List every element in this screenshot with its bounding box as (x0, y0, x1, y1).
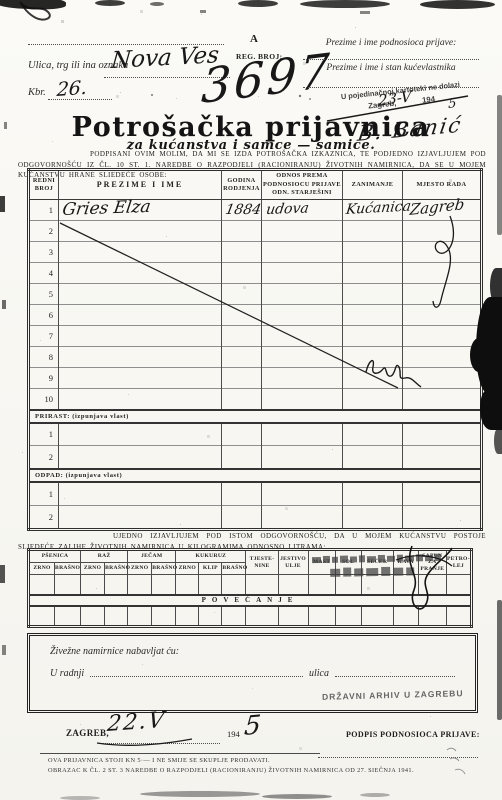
col-header-godina: GODINA RODJENJA (222, 170, 262, 200)
name-cell (59, 242, 222, 263)
table-row: 3 (29, 242, 482, 263)
household-members-table: REDNI BROJ PREZIME I IME GODINA RODJENJA… (27, 168, 483, 531)
year-cell (222, 221, 262, 242)
supply-cell (418, 606, 446, 627)
sub-brasno: BRAŠNO (222, 563, 246, 575)
sub-brasno: BRAŠNO (105, 563, 128, 575)
odpad-section-label: ODPAD: (izpunjava vlast) (29, 469, 482, 482)
sub-zrno: ZRNO (81, 563, 105, 575)
year-printed: 194 (227, 729, 240, 739)
occupation-cell (343, 305, 403, 326)
scan-artifact (360, 11, 370, 14)
relation-cell (262, 446, 343, 469)
year-cell (222, 368, 262, 389)
col-header-redni-broj: REDNI BROJ (29, 170, 59, 200)
footer-line2: OBRAZAC K ČL. 2 ST. 3 NAREDBE O RAZPODJE… (48, 767, 414, 774)
supply-cell (105, 606, 128, 627)
archive-stamp: DRŽAVNI ARHIV U ZAGREBU (322, 688, 464, 702)
table-row: 2 (29, 221, 482, 242)
sub-brasno: BRAŠNO (152, 563, 176, 575)
sub-zrno: ZRNO (176, 563, 199, 575)
supply-cell (361, 606, 393, 627)
col-header-mjesto-rada: MJESTO RADA (403, 170, 482, 200)
year-cell: 1884 (222, 200, 262, 221)
occupation-cell (343, 482, 403, 506)
supply-cell (105, 575, 128, 595)
workplace-cell (403, 284, 482, 305)
supply-cell (55, 606, 81, 627)
occupation-cell (343, 423, 403, 446)
col-jestivo-ulje: JESTIVO ULJE (278, 550, 308, 575)
year-cell (222, 347, 262, 368)
scan-artifact (60, 796, 100, 800)
group-kukuruz: KUKURUZ (176, 550, 246, 563)
supply-cell (335, 606, 361, 627)
group-psenica: PŠENICA (29, 550, 81, 563)
year-cell (222, 305, 262, 326)
table-row: 1 (29, 423, 482, 446)
relation-cell (262, 389, 343, 410)
scan-artifact (2, 300, 6, 309)
name-cell (59, 482, 222, 506)
table-row: 6 (29, 305, 482, 326)
scan-artifact (140, 791, 260, 797)
group-jecam: JEČAM (128, 550, 176, 563)
occupation-cell: Kućanica (343, 200, 403, 221)
house-number-handwritten: 26. (56, 77, 88, 101)
col-sol: SOL (335, 550, 361, 575)
table-row: 2 (29, 446, 482, 469)
stamp-year-print: 194 (422, 94, 436, 104)
workplace-cell (403, 263, 482, 284)
row-number: 2 (29, 446, 59, 469)
reg-number-handwritten: 3697 (200, 43, 334, 115)
supply-cell (308, 575, 335, 595)
supply-cell (81, 606, 105, 627)
scan-artifact (494, 428, 502, 454)
relation-cell: udova (262, 200, 343, 221)
occupation-cell (343, 242, 403, 263)
ink-dot (151, 94, 153, 96)
supply-cell (199, 606, 222, 627)
workplace-cell (403, 242, 482, 263)
table-row: 9 (29, 368, 482, 389)
row-number: 9 (29, 368, 59, 389)
date-line (100, 742, 220, 744)
name-cell (59, 347, 222, 368)
row-number: 4 (29, 263, 59, 284)
table-row: 1 Gries Elza 1884 udova Kućanica Zagreb (29, 200, 482, 221)
year-cell (222, 242, 262, 263)
name-cell (59, 305, 222, 326)
workplace-cell (403, 368, 482, 389)
col-tjestenine: TJESTE-NINE (246, 550, 278, 575)
name-cell: Gries Elza (59, 200, 222, 221)
supply-cell (176, 606, 199, 627)
relation-cell (262, 347, 343, 368)
city-label: ZAGREB, (66, 728, 109, 738)
year-cell (222, 284, 262, 305)
row-number: 7 (29, 326, 59, 347)
name-cell (59, 221, 222, 242)
col-secer: ŠEĆER (361, 550, 393, 575)
scan-artifact (360, 793, 390, 797)
supply-cell (393, 606, 418, 627)
occupation-cell (343, 263, 403, 284)
workplace-cell (403, 326, 482, 347)
group-raz: RAŽ (81, 550, 128, 563)
col-mast: MAST (308, 550, 335, 575)
occupation-cell (343, 506, 403, 530)
occupation-cell (343, 446, 403, 469)
relation-cell (262, 263, 343, 284)
scan-artifact (497, 95, 502, 235)
table-row: 8 (29, 347, 482, 368)
row-number: 10 (29, 389, 59, 410)
scan-artifact (0, 565, 5, 583)
purchase-intro: Živežne namirnice nabavljat ću: (50, 646, 179, 657)
scan-artifact (490, 268, 502, 304)
footer-rule (40, 752, 320, 754)
occupation-cell (343, 326, 403, 347)
relation-cell (262, 221, 343, 242)
supply-cell (29, 575, 55, 595)
shop-line (90, 675, 303, 677)
table-row: 7 (29, 326, 482, 347)
relation-cell (262, 242, 343, 263)
table-row: 1 (29, 482, 482, 506)
sub-zrno: ZRNO (29, 563, 55, 575)
workplace-cell (403, 506, 482, 530)
col-header-zanimanje: ZANIMANJE (343, 170, 403, 200)
supply-cell (361, 575, 393, 595)
row-number: 1 (29, 482, 59, 506)
supply-cell (128, 606, 152, 627)
supply-cell (278, 575, 308, 595)
street2-label: ulica (309, 668, 329, 679)
year-cell (222, 326, 262, 347)
signature-line (318, 756, 478, 758)
supply-cell (278, 606, 308, 627)
supply-cell (246, 575, 278, 595)
col-kava: KAVA (393, 550, 418, 575)
scan-artifact (95, 0, 125, 6)
row-number: 5 (29, 284, 59, 305)
scan-artifact (150, 2, 164, 6)
col-sapun: SAPUN ZA PRANJE (418, 550, 446, 575)
col-petrolej: PETRO-LEJ (446, 550, 471, 575)
relation-cell (262, 284, 343, 305)
sub-zrno: ZRNO (128, 563, 152, 575)
scan-artifact (262, 794, 332, 799)
name-cell (59, 446, 222, 469)
shop-label: U radnji (50, 668, 84, 679)
name-cell (59, 284, 222, 305)
row-number: 2 (29, 221, 59, 242)
scan-artifact (0, 196, 5, 212)
workplace-cell (403, 482, 482, 506)
supply-cell (152, 606, 176, 627)
name-cell (59, 506, 222, 530)
supply-cell (446, 606, 471, 627)
name-cell (59, 263, 222, 284)
supply-cell (446, 575, 471, 595)
relation-cell (262, 326, 343, 347)
row-number: 1 (29, 423, 59, 446)
stamp-date-handwritten: 23-V (378, 87, 412, 110)
occupation-cell (343, 347, 403, 368)
applicant-name-label: Prezime i ime podnosioca prijave: (303, 38, 479, 48)
scan-artifact (2, 645, 6, 655)
occupation-cell (343, 368, 403, 389)
supply-cell (418, 575, 446, 595)
year-cell (222, 506, 262, 530)
supply-cell (152, 575, 176, 595)
footer-line1: OVA PRIJAVNICA STOJI KN 5·— I NE SMIJE S… (48, 757, 270, 764)
supply-cell (335, 575, 361, 595)
signature-label: PODPIS PODNOSIOCA PRIJAVE: (346, 730, 480, 739)
date-handwritten: 22.V (106, 708, 167, 737)
scanned-form-page: A REG. BROJ: Ulica, trg ili ina oznaka N… (0, 0, 502, 800)
workplace-cell: Zagreb (403, 200, 482, 221)
name-cell (59, 326, 222, 347)
supply-cell (81, 575, 105, 595)
name-cell (59, 423, 222, 446)
supply-cell (199, 575, 222, 595)
pencil-marks (447, 748, 465, 774)
street2-line (335, 675, 455, 677)
row-number: 6 (29, 305, 59, 326)
relation-cell (262, 506, 343, 530)
name-cell (59, 368, 222, 389)
row-number: 2 (29, 506, 59, 530)
year-cell (222, 446, 262, 469)
supply-cell (222, 575, 246, 595)
relation-cell (262, 482, 343, 506)
table-row: 5 (29, 284, 482, 305)
scan-artifact (4, 122, 7, 129)
house-number-label: Kbr. (28, 87, 46, 98)
applicant-name-line (303, 58, 479, 60)
supply-cell (176, 575, 199, 595)
supply-cell (128, 575, 152, 595)
food-supplies-table: PŠENICA RAŽ JEČAM KUKURUZ TJESTE-NINE JE… (27, 548, 473, 628)
section-letter: A (250, 33, 258, 45)
prirast-section-label: PRIRAST: (izpunjava vlast) (29, 410, 482, 423)
relation-cell (262, 423, 343, 446)
workplace-cell (403, 446, 482, 469)
relation-cell (262, 368, 343, 389)
col-header-odnos: ODNOS PREMA PODNOSIOCU PRIJAVE ODN. STAR… (262, 170, 343, 200)
name-cell (59, 389, 222, 410)
scan-artifact (0, 0, 66, 10)
row-number: 8 (29, 347, 59, 368)
workplace-cell (403, 389, 482, 410)
supply-cell (308, 606, 335, 627)
supply-cell (222, 606, 246, 627)
scan-artifact (238, 0, 278, 7)
row-number: 1 (29, 200, 59, 221)
occupation-cell (343, 284, 403, 305)
occupation-cell (343, 221, 403, 242)
supplies-row (29, 606, 472, 627)
scan-artifact (420, 0, 495, 9)
stamp-year-handwritten: 5 (448, 96, 457, 112)
purchase-box: Živežne namirnice nabavljat ću: U radnji… (27, 633, 478, 713)
scan-artifact (300, 0, 390, 8)
occupation-cell (343, 389, 403, 410)
year-cell (222, 389, 262, 410)
year-cell (222, 482, 262, 506)
supply-cell (55, 575, 81, 595)
year-handwritten: 5 (243, 710, 262, 742)
year-cell (222, 263, 262, 284)
workplace-cell (403, 305, 482, 326)
scan-artifact (497, 600, 502, 720)
landlord-name-label: Prezime i ime i stan kućevlastnika (303, 63, 479, 73)
scan-artifact (200, 10, 206, 13)
table-row: 4 (29, 263, 482, 284)
table-row: 10 (29, 389, 482, 410)
povecanje-band: POVEĆANJE (29, 595, 472, 606)
sub-brasno: BRAŠNO (55, 563, 81, 575)
row-number: 3 (29, 242, 59, 263)
relation-cell (262, 305, 343, 326)
col-header-prezime-ime: PREZIME I IME (59, 170, 222, 200)
table-row: 2 (29, 506, 482, 530)
supply-cell (246, 606, 278, 627)
supplies-row (29, 575, 472, 595)
scan-artifact (470, 338, 488, 372)
sub-klip: KLIP (199, 563, 222, 575)
year-cell (222, 423, 262, 446)
scan-artifact (480, 388, 502, 430)
supply-cell (29, 606, 55, 627)
workplace-cell (403, 221, 482, 242)
supply-cell (393, 575, 418, 595)
workplace-cell (403, 423, 482, 446)
